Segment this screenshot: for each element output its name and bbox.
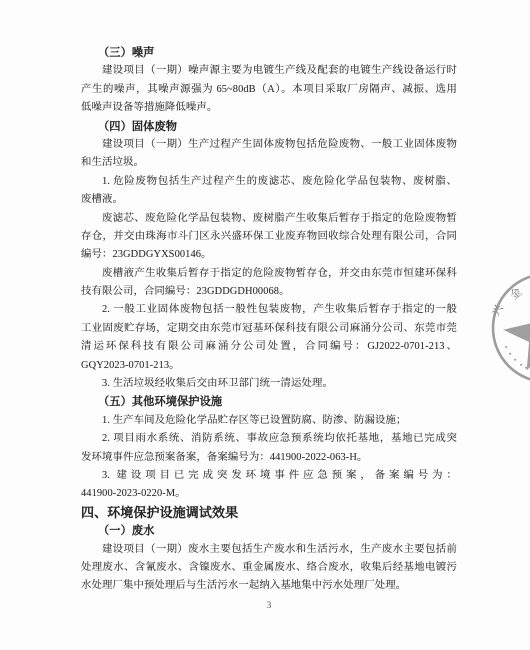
text-line: 工业固废贮存场，定期交由东莞市冠基环保科技有限公司麻涌分公司、东莞市莞 bbox=[81, 320, 457, 338]
section-heading: 四、环境保护设施调试效果 bbox=[81, 504, 457, 522]
text-line: 2. 一般工业固体废物包括一般性包装废物，产生收集后暂存于指定的一般 bbox=[81, 301, 457, 319]
text-line: 废槽液产生收集后暂存于指定的危险废物暂存仓，并交由东莞市恒建环保科 bbox=[81, 265, 457, 283]
text-line: 2. 项目雨水系统、消防系统、事故应急预系统均依托基地，基地已完成突 bbox=[81, 430, 457, 448]
text-line: 1. 危险废物包括生产过程产生的废滤芯、废危险化学品包装物、废树脂、 bbox=[81, 173, 457, 191]
text-line: 技有限公司，合同编号：23GDDGDH00068。 bbox=[81, 283, 457, 301]
text-line: GQY2023-0701-213。 bbox=[81, 357, 457, 375]
sub-heading: （四）固体废物 bbox=[81, 118, 457, 136]
sub-heading: （三）噪声 bbox=[81, 44, 457, 62]
seal-star-icon bbox=[503, 295, 530, 371]
text-line: 废滤芯、废危险化学品包装物、废树脂产生收集后暂存于指定的危险废物暂 bbox=[81, 210, 457, 228]
text-line: 建设项目（一期）废水主要包括生产废水和生活污水，生产废水主要包括前 bbox=[81, 541, 457, 559]
text-line: 存仓，并交由珠海市斗门区永兴盛环保工业废弃物回收综合处理有限公司，合同 bbox=[81, 228, 457, 246]
text-line: 和生活垃圾。 bbox=[81, 154, 457, 172]
text-line: 1. 生产车间及危险化学品贮存区等已设置防腐、防渗、防漏设施； bbox=[81, 412, 457, 430]
seal-ring-char: 金 bbox=[507, 285, 524, 303]
text-line: 3. 生活垃圾经收集后交由环卫部门统一清运处理。 bbox=[81, 375, 457, 393]
document-body: （三）噪声建设项目（一期）噪声源主要为电镀生产线及配套的电镀生产线设备运行时产生… bbox=[81, 44, 457, 596]
text-line: 建设项目（一期）生产过程产生固体废物包括危险废物、一般工业固体废物 bbox=[81, 136, 457, 154]
text-line: 清运环保科技有限公司麻涌分公司处置，合同编号：GJ2022-0701-213、 bbox=[81, 338, 457, 356]
sub-heading: （五）其他环境保护设施 bbox=[81, 393, 457, 411]
document-page: （三）噪声建设项目（一期）噪声源主要为电镀生产线及配套的电镀生产线设备运行时产生… bbox=[0, 0, 530, 650]
text-line: 低噪声设备等措施降低噪声。 bbox=[81, 99, 457, 117]
text-line: 处理废水、含氰废水、含镍废水、重金属废水、络合废水，收集后经基地电镀污 bbox=[81, 559, 457, 577]
text-line: 编号：23GDDGYXS00146。 bbox=[81, 246, 457, 264]
page-number: 3 bbox=[81, 601, 457, 611]
official-seal-icon: 金 兴 bbox=[483, 270, 530, 382]
text-line: 水处理厂集中预处理后与生活污水一起纳入基地集中污水处理厂处理。 bbox=[81, 577, 457, 595]
sub-heading: （一）废水 bbox=[81, 522, 457, 540]
text-line: 3. 建设项目已完成突发环境事件应急预案，备案编号为： bbox=[81, 467, 457, 485]
text-line: 发环境事件应急预案备案，备案编号为：441900-2022-063-H。 bbox=[81, 449, 457, 467]
text-line: 建设项目（一期）噪声源主要为电镀生产线及配套的电镀生产线设备运行时 bbox=[81, 62, 457, 80]
text-line: 产生的噪声，其噪声源强为 65~80dB（A）。本项目采取厂房隔声、减振、选用 bbox=[81, 81, 457, 99]
text-line: 废槽液。 bbox=[81, 191, 457, 209]
text-line: 441900-2023-0220-M。 bbox=[81, 485, 457, 503]
